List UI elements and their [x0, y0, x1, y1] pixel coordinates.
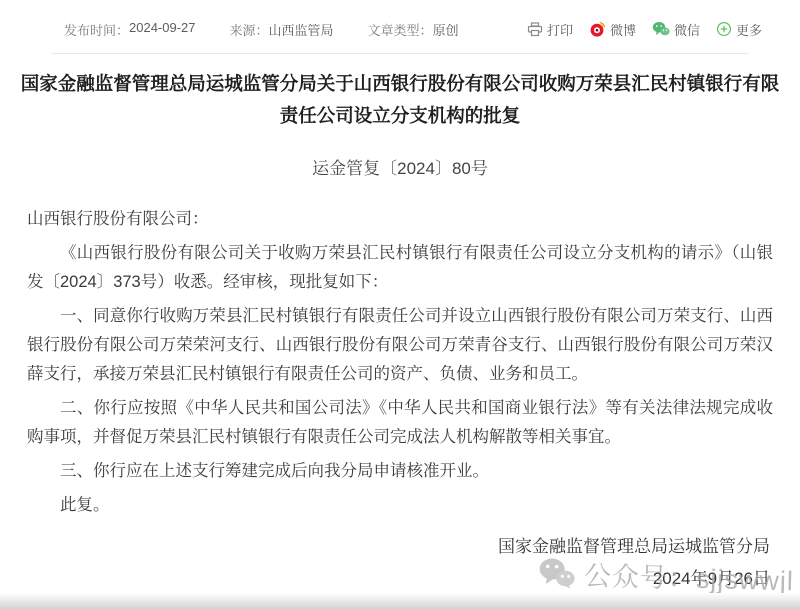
- document-number: 运金管复〔2024〕80号: [0, 157, 800, 181]
- more-icon: [716, 21, 732, 37]
- wechat-share-button[interactable]: 微信: [652, 20, 700, 39]
- paragraph-item-2: 二、你行应按照《中华人民共和国公司法》《中华人民共和国商业银行法》等有关法律法规…: [27, 394, 773, 452]
- weibo-share-button[interactable]: 微博: [589, 20, 636, 39]
- meta-divider: [52, 53, 748, 54]
- page-bottom-fade: [0, 593, 800, 609]
- paragraph-item-3: 三、你行应在上述支行筹建完成后向我分局申请核准开业。: [27, 457, 773, 486]
- document-body: 山西银行股份有限公司： 《山西银行股份有限公司关于收购万荣县汇民村镇银行有限责任…: [0, 205, 800, 520]
- publish-time: 发布时间： 2024-09-27: [64, 20, 196, 39]
- document-title: 国家金融监督管理总局运城监管分局关于山西银行股份有限公司收购万荣县汇民村镇银行有…: [19, 68, 781, 132]
- paragraph-intro: 《山西银行股份有限公司关于收购万荣县汇民村镇银行有限责任公司设立分支机构的请示》…: [27, 239, 773, 297]
- issuing-authority: 国家金融监督管理总局运城监管分局: [0, 534, 770, 560]
- print-label: 打印: [547, 20, 573, 39]
- meta-bar: 发布时间： 2024-09-27 来源： 山西监管局 文章类型： 原创: [0, 0, 800, 41]
- weibo-icon: [589, 21, 606, 37]
- publish-time-label: 发布时间：: [64, 20, 129, 39]
- addressee-line: 山西银行股份有限公司：: [27, 205, 773, 234]
- article-type-value: 原创: [433, 20, 459, 39]
- source-label: 来源：: [230, 20, 269, 39]
- article-page: 发布时间： 2024-09-27 来源： 山西监管局 文章类型： 原创: [0, 0, 800, 609]
- share-actions: 打印 微博: [527, 20, 762, 39]
- issue-date: 2024年9月26日: [0, 566, 770, 592]
- article-type: 文章类型： 原创: [368, 20, 459, 39]
- source-value: 山西监管局: [269, 20, 334, 39]
- publish-time-value: 2024-09-27: [129, 20, 196, 39]
- meta-info: 发布时间： 2024-09-27 来源： 山西监管局 文章类型： 原创: [64, 20, 459, 39]
- source: 来源： 山西监管局: [230, 20, 334, 39]
- print-button[interactable]: 打印: [527, 20, 573, 39]
- weibo-label: 微博: [610, 20, 636, 39]
- article-type-label: 文章类型：: [368, 20, 433, 39]
- signature-block: 国家金融监督管理总局运城监管分局 2024年9月26日: [0, 534, 800, 592]
- more-share-button[interactable]: 更多: [716, 20, 762, 39]
- wechat-icon: [652, 21, 670, 37]
- more-label: 更多: [736, 20, 762, 39]
- paragraph-closing: 此复。: [27, 491, 773, 520]
- wechat-label: 微信: [674, 20, 700, 39]
- paragraph-item-1: 一、同意你行收购万荣县汇民村镇银行有限责任公司并设立山西银行股份有限公司万荣支行…: [27, 302, 773, 389]
- printer-icon: [527, 22, 543, 37]
